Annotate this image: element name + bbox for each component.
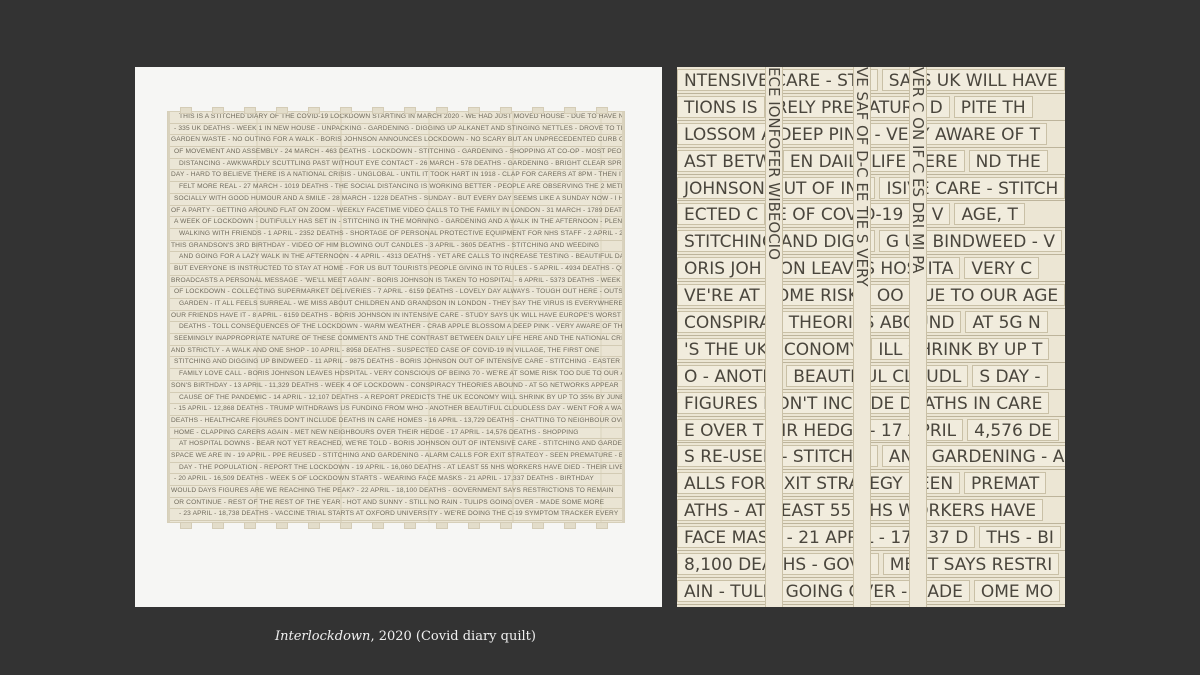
quilt-edge-tab [212, 522, 224, 529]
closeup-text-row: LOSSOM A DEEP PIN- VERY AWARE OF T [677, 121, 1065, 148]
quilt-edge-tab [372, 107, 384, 114]
stitched-text-strip: PREMAT [964, 472, 1046, 494]
quilt-edge-tab [468, 107, 480, 114]
slide-caption: Interlockdown, 2020 (Covid diary quilt) [275, 629, 536, 644]
closeup-text-row: ECTED CE OF COVID-19 IN VAGE, T [677, 201, 1065, 228]
closeup-text-row: TIONS ISRELY PREMATURE DPITE TH [677, 94, 1065, 121]
quilt-edge-tab [500, 107, 512, 114]
closeup-text-row: ORIS JOHON LEAVES HOSPITAVERY C [677, 255, 1065, 282]
stitched-text-strip: ALLS FOR [677, 472, 773, 494]
quilt-text-row: BUT EVERYONE IS INSTRUCTED TO STAY AT HO… [170, 264, 622, 276]
quilt-text-row: DAY - HARD TO BELIEVE THERE IS A NATIONA… [170, 170, 622, 182]
quilt-edge-tab [596, 522, 608, 529]
closeup-text-row: E OVER TIR HEDGE - 17 APRIL4,576 DE [677, 417, 1065, 444]
vertical-text-strip: ECE IONFOFER WIBEOCIO [765, 67, 783, 607]
stitched-text-strip: - VERY AWARE OF T [868, 123, 1048, 145]
stitched-text-strip: AST BETW [677, 150, 779, 172]
quilt-edge-tab [212, 107, 224, 114]
closeup-text-row: S RE-USED - STITCHINAND GARDENING - A [677, 443, 1065, 470]
stitched-text-strip: CONSPIRA [677, 311, 778, 333]
vertical-text-strip: VER C ON IF C ES DRI MI PA [909, 67, 927, 607]
quilt-edge-tab [308, 107, 320, 114]
stitched-text-strip: THEORIES ABOUND [782, 311, 962, 333]
stitched-text-strip: ISIVE CARE - STITCH [879, 177, 1065, 199]
closeup-text-row: O - ANOTHBEAUTIFUL CLOUDLS DAY - [677, 363, 1065, 390]
quilt-edge-tab [244, 107, 256, 114]
quilt-text-row: DISTANCING - AWKWARDLY SCUTTLING PAST WI… [170, 159, 622, 171]
vertical-text-strip: VE SAF OF D-C EE TIE S VERY [853, 67, 871, 607]
quilt-text-row: GARDEN WASTE - NO OUTING FOR A WALK - BO… [170, 135, 622, 147]
quilt-text-row: HOME - CLAPPING CARERS AGAIN - MET NEW N… [170, 428, 622, 440]
quilt-text-row: DAY - 24 APRIL - 19,506 DEATHS - 'CARERS… [170, 521, 622, 522]
quilt-edge-tab [436, 522, 448, 529]
quilt-full-view-image: THIS IS A STITCHED DIARY OF THE COVID-19… [135, 67, 662, 607]
quilt-text-row: OR CONTINUE - REST OF THE REST OF THE YE… [170, 498, 622, 510]
stitched-text-strip: BEAUTIFUL CLOUDL [786, 365, 968, 387]
closeup-text-row: ALLS FORXIT STRATEGY SEENPREMAT [677, 470, 1065, 497]
quilt-text-row: WOULD DAYS FIGURES ARE WE REACHING THE P… [170, 486, 622, 498]
quilt-text-row: AND GOING FOR A LAZY WALK IN THE AFTERNO… [170, 252, 622, 264]
quilt-text-row: GARDEN - IT ALL FEELS SURREAL - WE MISS … [170, 299, 622, 311]
quilt-text-row: BROADCASTS A PERSONAL MESSAGE - 'WE'LL M… [170, 276, 622, 288]
quilt-text-row: OF A PARTY - GETTING AROUND FLAT ON ZOOM… [170, 206, 622, 218]
quilt-closeup-image: NTENSIVE CARE - STUSAYS UK WILL HAVETION… [677, 67, 1065, 607]
quilt-edge-tab [308, 522, 320, 529]
quilt-edge-tab [532, 522, 544, 529]
stitched-text-strip: FACE MAS [677, 526, 776, 548]
quilt-text-row: A WEEK OF LOCKDOWN - DUTIFULLY HAS SET I… [170, 217, 622, 229]
stitched-text-strip: - 21 APRIL - 17,337 D [780, 526, 976, 548]
quilt-text-row: SOCIALLY WITH GOOD HUMOUR AND A SMILE - … [170, 194, 622, 206]
closeup-text-row: FIGURES DON'T INCDE DEATHS IN CARE [677, 390, 1065, 417]
closeup-text-row: 8,100 DEATHS - GOVEMENT SAYS RESTRI [677, 551, 1065, 578]
stitched-text-strip: EN DAILY LIFE HERE [783, 150, 965, 172]
stitched-text-strip: ORIS JOH [677, 257, 769, 279]
stitched-text-strip: PITE TH [954, 96, 1033, 118]
quilt-edge-tab [340, 107, 352, 114]
closeup-text-row: NTENSIVE CARE - STUSAYS UK WILL HAVE [677, 67, 1065, 94]
closeup-text-row: JOHNSON OUT OF INTISIVE CARE - STITCH [677, 175, 1065, 202]
quilt-edge-tab [564, 522, 576, 529]
stitched-text-strip: ECTED C [677, 203, 765, 225]
quilt-text-row: DAY - THE POPULATION - REPORT THE LOCKDO… [170, 463, 622, 475]
closeup-text-row: FACE MAS- 21 APRIL - 17,337 DTHS - BI [677, 524, 1065, 551]
stitched-text-strip: 4,576 DE [967, 419, 1059, 441]
closeup-text-row: VE'RE AT SOME RISKOO DUE TO OUR AGE [677, 282, 1065, 309]
quilt-text-row: STITCHING AND DIGGING UP BINDWEED - 11 A… [170, 357, 622, 369]
quilt-edge-tab [532, 107, 544, 114]
quilt-text-row: THIS IS A STITCHED DIARY OF THE COVID-19… [170, 112, 622, 124]
stitched-text-strip: E OVER T [677, 419, 770, 441]
artwork-title: Interlockdown [275, 629, 370, 644]
stitched-text-strip: OME MO [974, 580, 1060, 602]
quilt-edge-tab [340, 522, 352, 529]
quilt-text-row: OF MOVEMENT AND ASSEMBLY - 24 MARCH - 46… [170, 147, 622, 159]
quilt-edge-tab [244, 522, 256, 529]
quilt-edge-tab [564, 107, 576, 114]
quilt-text-row: - 20 APRIL - 16,509 DEATHS - WEEK 5 OF L… [170, 474, 622, 486]
quilt-edge-tab [180, 522, 192, 529]
closeup-text-row: CONSPIRATHEORIES ABOUNDAT 5G N [677, 309, 1065, 336]
closeup-text-row: ATHS - AT LEAST 55HS WORKERS HAVE [677, 497, 1065, 524]
quilt-text-row: FELT MORE REAL - 27 MARCH - 1019 DEATHS … [170, 182, 622, 194]
artwork-details: , 2020 (Covid diary quilt) [370, 629, 536, 644]
quilt-text-row: - 335 UK DEATHS - WEEK 1 IN NEW HOUSE - … [170, 124, 622, 136]
quilt-text-row: WALKING WITH FRIENDS - 1 APRIL - 2352 DE… [170, 229, 622, 241]
stitched-text-strip: AT 5G N [965, 311, 1047, 333]
quilt-text-row: - 15 APRIL - 12,868 DEATHS - TRUMP WITHD… [170, 404, 622, 416]
stitched-text-strip: DE DEATHS IN CARE [863, 392, 1049, 414]
quilt-text-row: DEATHS - HEALTHCARE FIGURES DON'T INCLUD… [170, 416, 622, 428]
quilt-text-row: CAUSE OF THE PANDEMIC - 14 APRIL - 12,10… [170, 393, 622, 405]
quilt-text-row: SPACE WE ARE IN - 19 APRIL - PPE REUSED … [170, 451, 622, 463]
stitched-text-strip: S DAY - [972, 365, 1047, 387]
stitched-text-strip: ND THE [969, 150, 1048, 172]
quilt-text-row: THIS GRANDSON'S 3RD BIRTHDAY - VIDEO OF … [170, 241, 622, 253]
quilt-text-row: AND STRICTLY - A WALK AND ONE SHOP - 10 … [170, 346, 622, 358]
closeup-text-row: AST BETWEN DAILY LIFE HEREND THE [677, 148, 1065, 175]
quilt-edge-tab [276, 522, 288, 529]
closeup-text-row: SITY - WE'RE DOINGIE C-19 SYMPTOM T [677, 605, 1065, 607]
quilt-edge-tab [500, 522, 512, 529]
quilt-text-row: OUR FRIENDS HAVE IT - 8 APRIL - 6159 DEA… [170, 311, 622, 323]
quilt-edge-tab [276, 107, 288, 114]
quilt-text-row: DEATHS - TOLL CONSEQUENCES OF THE LOCKDO… [170, 322, 622, 334]
stitched-text-strip: HS WORKERS HAVE [862, 499, 1043, 521]
stitched-text-strip: OO DUE TO OUR AGE [870, 284, 1065, 306]
stitched-text-strip: GOING OVER - MADE [779, 580, 970, 602]
quilt-edge-tab [468, 522, 480, 529]
quilt-edge-tab [404, 107, 416, 114]
quilt-text-row: AT HOSPITAL DOWNS - BEAR NOT YET REACHED… [170, 439, 622, 451]
closeup-text-row: STITCHING AND DIGGG UP BINDWEED - V [677, 228, 1065, 255]
closeup-text-row: AIN - TULIGOING OVER - MADEOME MO [677, 578, 1065, 605]
quilt-text-row: FAMILY LOVE CALL - BORIS JOHNSON LEAVES … [170, 369, 622, 381]
quilt-edge-tab [436, 107, 448, 114]
closeup-text-row: 'S THE UK ECONOMYILL SHRINK BY UP T [677, 336, 1065, 363]
quilt-text-row: OF LOCKDOWN - COLLECTING SUPERMARKET DEL… [170, 287, 622, 299]
quilt-edge-tab [372, 522, 384, 529]
quilt-edge-tab [596, 107, 608, 114]
quilt-artwork: THIS IS A STITCHED DIARY OF THE COVID-19… [168, 112, 624, 522]
stitched-text-strip: AGE, T [954, 203, 1024, 225]
stitched-text-strip: AIN - TULI [677, 580, 775, 602]
stitched-text-strip: TIONS IS [677, 96, 765, 118]
quilt-text-row: - 23 APRIL - 18,738 DEATHS - VACCINE TRI… [170, 509, 622, 521]
quilt-edge-tab [180, 107, 192, 114]
stitched-text-strip: THS - BI [979, 526, 1061, 548]
quilt-text-row: SEEMINGLY INAPPROPRIATE NATURE OF THESE … [170, 334, 622, 346]
stitched-text-strip: G UP BINDWEED - V [879, 230, 1062, 252]
quilt-edge-tab [404, 522, 416, 529]
quilt-text-row: SON'S BIRTHDAY - 13 APRIL - 11,329 DEATH… [170, 381, 622, 393]
stitched-text-strip: VERY C [964, 257, 1039, 279]
stitched-text-strip: ILL SHRINK BY UP T [871, 338, 1049, 360]
